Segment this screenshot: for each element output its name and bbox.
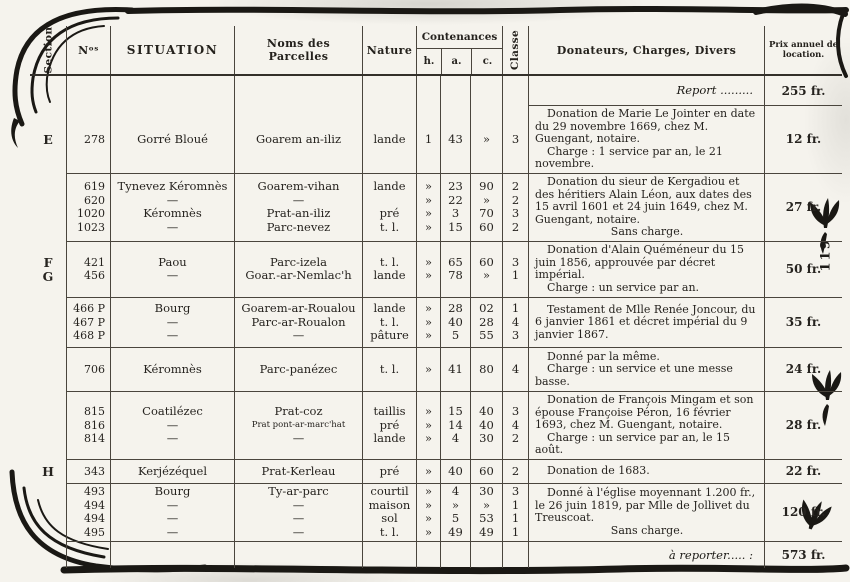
cell-nature: taillisprélande [362, 392, 416, 460]
value-situation: Kéromnès [111, 207, 234, 221]
value-h: » [417, 269, 440, 283]
cell-classe: 2 [502, 460, 528, 484]
carry-forward-row: à reporter..... : 573 fr. [30, 542, 842, 568]
cell-c: 80 [470, 348, 502, 392]
cell-classe: 342 [502, 392, 528, 460]
donation-text: Charge : un service et une messe basse. [535, 363, 759, 388]
cell-classe: 143 [502, 298, 528, 348]
value-classe: 2 [503, 465, 528, 479]
report-amount: 255 fr. [764, 76, 842, 106]
value-c: 60 [471, 465, 502, 479]
cell-parcelle: Goarem an-iliz [234, 106, 362, 174]
value-a: 15 [441, 405, 470, 419]
value-classe: 2 [503, 221, 528, 235]
value-h: » [417, 207, 440, 221]
section-label: E [30, 106, 66, 174]
value-situation: Tynevez Kéromnès [111, 180, 234, 194]
cell-situation: Kéromnès [110, 348, 234, 392]
header-parcelles: Noms des Parcelles [234, 26, 362, 74]
cell-nature: t. l.lande [362, 242, 416, 298]
cell-parcelle: Goarem-ar-RoualouParc-ar-Roualon— [234, 298, 362, 348]
value-parcelle: Goar.-ar-Nemlac'h [235, 269, 362, 283]
value-a: 3 [441, 207, 470, 221]
cell-parcelle: Ty-ar-parc——— [234, 484, 362, 542]
donation-text: Donation du sieur de Kergadiou et des hé… [535, 176, 759, 226]
cell-classe: 31 [502, 242, 528, 298]
value-c: 60 [471, 221, 502, 235]
cell-classe: 3 [502, 106, 528, 174]
cell-parcelle: Goarem-vihan—Prat-an-ilizParc-nevez [234, 174, 362, 242]
cell-donateurs: Donation du sieur de Kergadiou et des hé… [528, 174, 764, 242]
cell-classe: 2232 [502, 174, 528, 242]
header-contenance-h: h. [417, 49, 441, 74]
value-parcelle: Parc-izela [235, 256, 362, 270]
cell-h: »» [416, 242, 440, 298]
top-border-rule [128, 9, 846, 11]
value-nature: maison [363, 499, 416, 513]
header-classe: Classe [502, 26, 528, 74]
cell-a: 28405 [440, 298, 470, 348]
value-h: » [417, 316, 440, 330]
value-c: 55 [471, 329, 502, 343]
value-c: 70 [471, 207, 502, 221]
value-nature: t. l. [363, 316, 416, 330]
value-classe: 2 [503, 180, 528, 194]
donation-text: Donation de Marie Le Jointer en date du … [535, 108, 759, 146]
value-a: 40 [441, 316, 470, 330]
value-c: » [471, 499, 502, 513]
value-h: 1 [417, 133, 440, 147]
cell-prix: 22 fr. [764, 460, 842, 484]
donation-text: Charge : un service par an. [535, 282, 759, 295]
value-c: 40 [471, 419, 502, 433]
value-situation: Bourg [111, 302, 234, 316]
value-nature: pré [363, 419, 416, 433]
cell-donateurs: Testament de Mlle Renée Joncour, du 6 ja… [528, 298, 764, 348]
value-situation: — [111, 419, 234, 433]
value-h: » [417, 405, 440, 419]
register-page: 119 Section Nᵒˢ SITUATION Noms des Parce… [0, 0, 850, 582]
value-h: » [417, 256, 440, 270]
value-situation: — [111, 194, 234, 208]
donation-text: Donné à l'église moyennant 1.200 fr., le… [535, 487, 759, 525]
cell-h: » [416, 460, 440, 484]
value-nature: pré [363, 465, 416, 479]
header-contenance-a: a. [441, 49, 471, 74]
table-group: F G421456Paou—Parc-izelaGoar.-ar-Nemlac'… [30, 242, 842, 298]
value-h: » [417, 180, 440, 194]
cell-nature: landeprét. l. [362, 174, 416, 242]
value-nature: t. l. [363, 221, 416, 235]
donation-text: Sans charge. [535, 525, 759, 538]
cell-parcelle: Parc-panézec [234, 348, 362, 392]
cell-no: 466 P467 P468 P [66, 298, 110, 348]
value-no: 1020 [67, 207, 110, 221]
value-a: 49 [441, 526, 470, 540]
cell-donateurs: Donné par la même.Charge : un service et… [528, 348, 764, 392]
value-situation: Kéromnès [111, 363, 234, 377]
cell-prix: 12 fr. [764, 106, 842, 174]
donation-text: Charge : un service par an, le 15 août. [535, 432, 759, 457]
header-donateurs: Donateurs, Charges, Divers [528, 26, 764, 74]
header-contenances-group: Contenances h. a. c. [416, 26, 502, 74]
section-label [30, 174, 66, 242]
value-c: 30 [471, 432, 502, 446]
value-c: 02 [471, 302, 502, 316]
cell-prix: 28 fr. [764, 392, 842, 460]
value-situation: Kerjézéquel [111, 465, 234, 479]
header-nature: Nature [362, 26, 416, 74]
value-parcelle: — [235, 512, 362, 526]
table-group: 706KéromnèsParc-panézect. l.»41804Donné … [30, 348, 842, 392]
cell-donateurs: Donné à l'église moyennant 1.200 fr., le… [528, 484, 764, 542]
cell-situation: Bourg——— [110, 484, 234, 542]
value-nature: sol [363, 512, 416, 526]
value-situation: Gorré Bloué [111, 133, 234, 147]
value-a: 23 [441, 180, 470, 194]
cell-prix: 27 fr. [764, 174, 842, 242]
value-nature: t. l. [363, 256, 416, 270]
value-h: » [417, 485, 440, 499]
cell-prix: 50 fr. [764, 242, 842, 298]
cell-situation: Bourg—— [110, 298, 234, 348]
value-classe: 3 [503, 329, 528, 343]
value-no: 493 [67, 485, 110, 499]
value-c: 30 [471, 485, 502, 499]
cell-c: 022855 [470, 298, 502, 348]
value-parcelle: Goarem-ar-Roualou [235, 302, 362, 316]
cell-c: 60 [470, 460, 502, 484]
value-classe: 3 [503, 207, 528, 221]
value-nature: lande [363, 302, 416, 316]
cell-parcelle: Prat-cozPrat pont-ar-marc'hat— [234, 392, 362, 460]
cell-a: 43 [440, 106, 470, 174]
register-table: Section Nᵒˢ SITUATION Noms des Parcelles… [30, 26, 842, 568]
header-numero: Nᵒˢ [66, 26, 110, 74]
value-parcelle: — [235, 432, 362, 446]
value-no: 466 P [67, 302, 110, 316]
value-situation: — [111, 512, 234, 526]
donation-text: Donation de 1683. [535, 465, 759, 478]
value-no: 814 [67, 432, 110, 446]
cell-classe: 4 [502, 348, 528, 392]
cell-prix: 24 fr. [764, 348, 842, 392]
value-h: » [417, 465, 440, 479]
cell-nature: courtilmaisonsolt. l. [362, 484, 416, 542]
value-classe: 2 [503, 194, 528, 208]
value-parcelle: Parc-panézec [235, 363, 362, 377]
value-situation: — [111, 316, 234, 330]
cell-a: 4»549 [440, 484, 470, 542]
value-nature [363, 194, 416, 208]
cell-h: »»» [416, 298, 440, 348]
value-no: 468 P [67, 329, 110, 343]
value-c: » [471, 133, 502, 147]
value-situation: — [111, 432, 234, 446]
value-nature: lande [363, 133, 416, 147]
cell-c: 30»5349 [470, 484, 502, 542]
value-parcelle: — [235, 499, 362, 513]
value-nature: courtil [363, 485, 416, 499]
value-parcelle: Prat-coz [235, 405, 362, 419]
value-h: » [417, 363, 440, 377]
value-no: 706 [67, 363, 110, 377]
donation-text: Donation de François Mingam et son épous… [535, 394, 759, 432]
value-classe: 1 [503, 302, 528, 316]
cell-donateurs: Donation de 1683. [528, 460, 764, 484]
value-situation: — [111, 499, 234, 513]
value-nature: taillis [363, 405, 416, 419]
carry-forward-label: à reporter..... : [535, 549, 759, 562]
value-classe: 4 [503, 419, 528, 433]
value-c: » [471, 269, 502, 283]
value-nature: lande [363, 269, 416, 283]
cell-no: 815816814 [66, 392, 110, 460]
value-a: 65 [441, 256, 470, 270]
value-no: 467 P [67, 316, 110, 330]
value-situation: — [111, 221, 234, 235]
cell-h: »»» [416, 392, 440, 460]
value-no: 421 [67, 256, 110, 270]
value-c: 80 [471, 363, 502, 377]
value-nature: lande [363, 432, 416, 446]
report-row: Report ......... 255 fr. [30, 76, 842, 106]
value-situation: — [111, 329, 234, 343]
cell-h: 1 [416, 106, 440, 174]
top-right-flourish-icon [756, 7, 845, 14]
value-no: 343 [67, 465, 110, 479]
section-label [30, 298, 66, 348]
value-parcelle: Goarem an-iliz [235, 133, 362, 147]
cell-no: 706 [66, 348, 110, 392]
value-parcelle: Prat-an-iliz [235, 207, 362, 221]
value-a: 41 [441, 363, 470, 377]
cell-no: 278 [66, 106, 110, 174]
value-parcelle: — [235, 526, 362, 540]
value-classe: 2 [503, 432, 528, 446]
value-situation: Bourg [111, 485, 234, 499]
table-header-row: Section Nᵒˢ SITUATION Noms des Parcelles… [30, 26, 842, 76]
table-body: E278Gorré BlouéGoarem an-ilizlande143»3D… [30, 106, 842, 542]
value-a: 22 [441, 194, 470, 208]
value-a: 5 [441, 512, 470, 526]
value-no: 495 [67, 526, 110, 540]
value-situation: — [111, 526, 234, 540]
value-no: 456 [67, 269, 110, 283]
value-situation: Paou [111, 256, 234, 270]
value-nature: pâture [363, 329, 416, 343]
value-classe: 1 [503, 269, 528, 283]
section-label: H [30, 460, 66, 484]
carry-forward-amount: 573 fr. [764, 542, 842, 568]
cell-nature: lande [362, 106, 416, 174]
header-contenance-c: c. [471, 49, 503, 74]
value-parcelle: — [235, 329, 362, 343]
value-c: 40 [471, 405, 502, 419]
cell-h: »»»» [416, 484, 440, 542]
cell-donateurs: Donation de Marie Le Jointer en date du … [528, 106, 764, 174]
value-c: 28 [471, 316, 502, 330]
value-parcelle: Parc-ar-Roualon [235, 316, 362, 330]
cell-c: 60» [470, 242, 502, 298]
value-nature: pré [363, 207, 416, 221]
value-a: 15 [441, 221, 470, 235]
value-c: 90 [471, 180, 502, 194]
donation-text: Charge : 1 service par an, le 21 novembr… [535, 146, 759, 171]
cell-situation: Kerjézéquel [110, 460, 234, 484]
value-parcelle: Goarem-vihan [235, 180, 362, 194]
table-group: E278Gorré BlouéGoarem an-ilizlande143»3D… [30, 106, 842, 174]
value-a: 40 [441, 465, 470, 479]
section-label [30, 348, 66, 392]
value-c: 53 [471, 512, 502, 526]
value-no: 1023 [67, 221, 110, 235]
value-a: 4 [441, 485, 470, 499]
cell-c: 90»7060 [470, 174, 502, 242]
table-group: 815816814Coatilézec——Prat-cozPrat pont-a… [30, 392, 842, 460]
cell-nature: t. l. [362, 348, 416, 392]
cell-a: 15144 [440, 392, 470, 460]
value-classe: 1 [503, 526, 528, 540]
value-situation: — [111, 269, 234, 283]
cell-a: 41 [440, 348, 470, 392]
value-situation: Coatilézec [111, 405, 234, 419]
value-h: » [417, 221, 440, 235]
value-a: 4 [441, 432, 470, 446]
value-no: 816 [67, 419, 110, 433]
cell-no: 343 [66, 460, 110, 484]
value-h: » [417, 432, 440, 446]
value-c: 60 [471, 256, 502, 270]
cell-parcelle: Parc-izelaGoar.-ar-Nemlac'h [234, 242, 362, 298]
value-a: 78 [441, 269, 470, 283]
cell-situation: Paou— [110, 242, 234, 298]
cell-h: » [416, 348, 440, 392]
value-no: 278 [67, 133, 110, 147]
value-no: 620 [67, 194, 110, 208]
value-h: » [417, 194, 440, 208]
value-nature: t. l. [363, 526, 416, 540]
table-group: 466 P467 P468 PBourg——Goarem-ar-RoualouP… [30, 298, 842, 348]
cell-a: 40 [440, 460, 470, 484]
value-a: 43 [441, 133, 470, 147]
header-section: Section [30, 26, 66, 74]
value-classe: 1 [503, 499, 528, 513]
value-no: 494 [67, 512, 110, 526]
value-classe: 4 [503, 316, 528, 330]
cell-situation: Tynevez Kéromnès—Kéromnès— [110, 174, 234, 242]
cell-no: 493494494495 [66, 484, 110, 542]
value-parcelle: Prat-Kerleau [235, 465, 362, 479]
cell-situation: Gorré Bloué [110, 106, 234, 174]
cell-a: 2322315 [440, 174, 470, 242]
value-c: 49 [471, 526, 502, 540]
value-h: » [417, 499, 440, 513]
table-group: 493494494495Bourg———Ty-ar-parc———courtil… [30, 484, 842, 542]
header-situation: SITUATION [110, 26, 234, 74]
value-c: » [471, 194, 502, 208]
value-h: » [417, 302, 440, 316]
cell-a: 6578 [440, 242, 470, 298]
value-a: 28 [441, 302, 470, 316]
value-classe: 3 [503, 485, 528, 499]
section-label [30, 484, 66, 542]
donation-text: Sans charge. [535, 226, 759, 239]
value-classe: 3 [503, 256, 528, 270]
value-no: 815 [67, 405, 110, 419]
cell-parcelle: Prat-Kerleau [234, 460, 362, 484]
value-h: » [417, 329, 440, 343]
cell-nature: pré [362, 460, 416, 484]
section-label: F G [30, 242, 66, 298]
cell-classe: 3111 [502, 484, 528, 542]
donation-text: Donation d'Alain Quéméneur du 15 juin 18… [535, 244, 759, 282]
value-a: » [441, 499, 470, 513]
value-h: » [417, 526, 440, 540]
cell-h: »»»» [416, 174, 440, 242]
value-no: 494 [67, 499, 110, 513]
value-parcelle: Prat pont-ar-marc'hat [235, 419, 362, 433]
cell-prix: 35 fr. [764, 298, 842, 348]
value-classe: 1 [503, 512, 528, 526]
report-label: Report ......... [535, 84, 759, 97]
value-nature: lande [363, 180, 416, 194]
value-a: 5 [441, 329, 470, 343]
value-h: » [417, 512, 440, 526]
header-prix: Prix annuel de location. [764, 26, 842, 74]
value-parcelle: — [235, 194, 362, 208]
cell-no: 421456 [66, 242, 110, 298]
table-group: H343KerjézéquelPrat-Kerleaupré»40602Dona… [30, 460, 842, 484]
value-classe: 3 [503, 133, 528, 147]
value-no: 619 [67, 180, 110, 194]
value-classe: 3 [503, 405, 528, 419]
value-a: 14 [441, 419, 470, 433]
cell-no: 61962010201023 [66, 174, 110, 242]
value-parcelle: Parc-nevez [235, 221, 362, 235]
cell-c: 404030 [470, 392, 502, 460]
cell-donateurs: Donation de François Mingam et son épous… [528, 392, 764, 460]
donation-text: Testament de Mlle Renée Joncour, du 6 ja… [535, 304, 759, 342]
bottom-border-rule [64, 568, 846, 571]
table-group: 61962010201023Tynevez Kéromnès—Kéromnès—… [30, 174, 842, 242]
value-nature: t. l. [363, 363, 416, 377]
cell-prix: 120 fr. [764, 484, 842, 542]
cell-nature: landet. l.pâture [362, 298, 416, 348]
value-classe: 4 [503, 363, 528, 377]
value-parcelle: Ty-ar-parc [235, 485, 362, 499]
section-label [30, 392, 66, 460]
header-contenances: Contenances [417, 26, 502, 49]
cell-situation: Coatilézec—— [110, 392, 234, 460]
value-h: » [417, 419, 440, 433]
cell-donateurs: Donation d'Alain Quéméneur du 15 juin 18… [528, 242, 764, 298]
cell-c: » [470, 106, 502, 174]
